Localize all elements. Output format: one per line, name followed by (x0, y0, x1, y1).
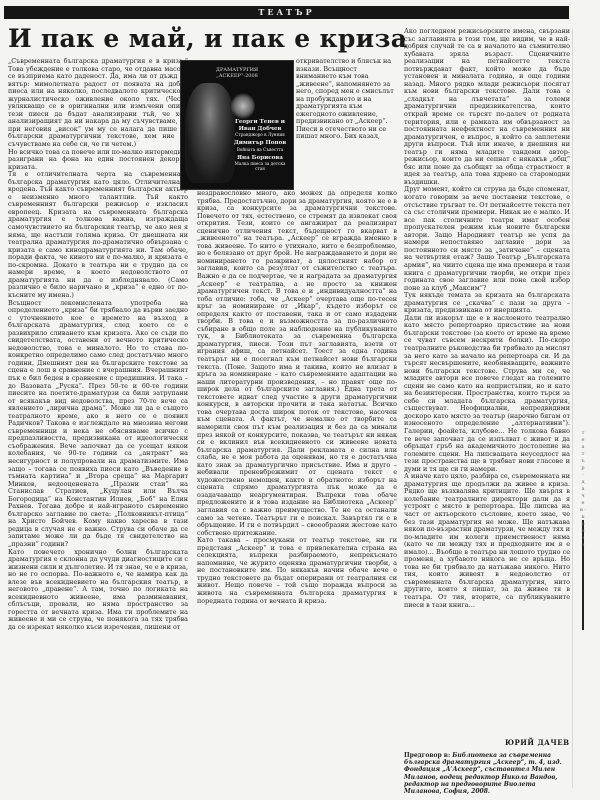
cover-author: Георги Тенев и Иван Добчев (229, 119, 291, 132)
section-label: ТЕАТЪР (258, 7, 314, 17)
cover-play: Странджоро в Лунния (229, 132, 291, 137)
section-header-bar: ТЕАТЪР (4, 6, 569, 19)
paragraph: Всъщност лекомислената употреба на опред… (8, 300, 188, 549)
bibliography-label: Предговор в: (404, 752, 450, 759)
book-cover-image: ДРАМАТУРГИЯ „АСКЕЕР“-2008 Георги Тенев и… (180, 60, 294, 190)
paragraph: Друг момент, който си струва да бъде спо… (404, 186, 570, 292)
article-column-3: Ако погледнем режисьорските имена, свърз… (404, 28, 570, 609)
paragraph: нездравословно много, ако можех да опред… (197, 190, 397, 537)
paragraph: „Съвременната българска драматургия е в … (8, 58, 188, 149)
bibliography-note: Предговор в: Библиотека за съвременна бъ… (404, 752, 570, 795)
side-strip-text: т е а т ъ р · д а ч е в · к р и з а (580, 430, 586, 790)
paragraph: Но всичко това са повече или по-малко ин… (8, 149, 188, 172)
cover-authors: Георги Тенев и Иван Добчев Странджоро в … (229, 119, 291, 174)
article-column-2-wrap: откривателство и блясък на изкази. Всъщн… (296, 58, 397, 141)
paragraph: Като такава – просмукани от театър текст… (197, 537, 397, 605)
paragraph: Тук някъде темата за кризата на българск… (404, 292, 570, 315)
statue-figure-icon (185, 83, 235, 183)
author-signature: ЮРИЙ ДАЧЕВ (505, 738, 570, 747)
paragraph: Дали ли изкорът ще е в наслоеното театра… (404, 315, 570, 473)
paragraph: Като повечето хронично болни българската… (8, 549, 188, 632)
paragraph: А иначе като цяло, разбира се, съвременн… (404, 473, 570, 609)
paragraph: Ако погледнем режисьорските имена, свърз… (404, 28, 570, 186)
flower-icon (231, 93, 255, 119)
cover-series-title: ДРАМАТУРГИЯ „АСКЕЕР“-2008 (181, 67, 293, 79)
column-divider (572, 28, 573, 788)
article-title: И пак е май, и пак е криза (8, 24, 407, 53)
bibliography-text: Библиотека за съвременна българска драма… (404, 752, 562, 795)
cover-author: Димитър Попов (229, 140, 291, 147)
paragraph: Тя е отличителната черта на съвременната… (8, 171, 188, 299)
cover-play: Малка пиеса за детска стая (229, 161, 291, 171)
cover-play: Войната на Съвестта (229, 147, 291, 152)
article-column-1: „Съвременната българска драматургия е в … (8, 58, 188, 632)
article-column-2: нездравословно много, ако можех да опред… (197, 190, 397, 605)
